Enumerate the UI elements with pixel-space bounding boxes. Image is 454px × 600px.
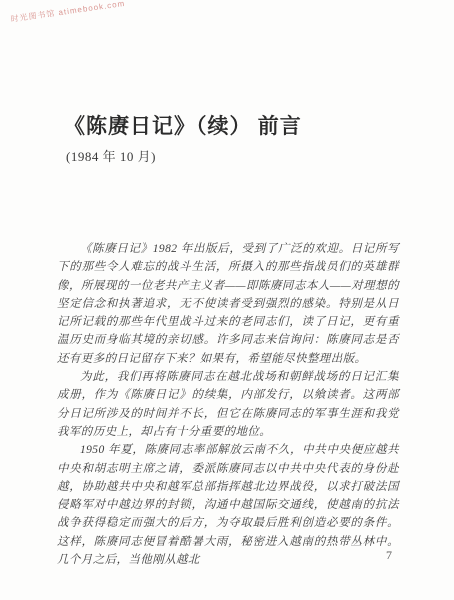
date-line: (1984 年 10 月) <box>66 146 156 165</box>
body-text: 《陈赓日记》1982 年出版后，受到了广泛的欢迎。日记所写下的那些令人难忘的战斗… <box>57 240 399 569</box>
page-number: 7 <box>386 548 392 563</box>
paragraph-2: 为此，我们再将陈赓同志在越北战场和朝鲜战场的日记汇集成册，作为《陈赓日记》的续集… <box>57 368 399 441</box>
paragraph-3: 1950 年夏，陈赓同志率部解放云南不久，中共中央便应越共中央和胡志明主席之请，… <box>57 441 399 569</box>
paragraph-1: 《陈赓日记》1982 年出版后，受到了广泛的欢迎。日记所写下的那些令人难忘的战斗… <box>57 240 399 368</box>
book-page: 时光图书馆 atimebook.com 《陈赓日记》（续） 前言 (1984 年… <box>0 0 454 600</box>
site-watermark: 时光图书馆 atimebook.com <box>10 0 126 25</box>
page-title: 《陈赓日记》（续） 前言 <box>64 110 302 140</box>
